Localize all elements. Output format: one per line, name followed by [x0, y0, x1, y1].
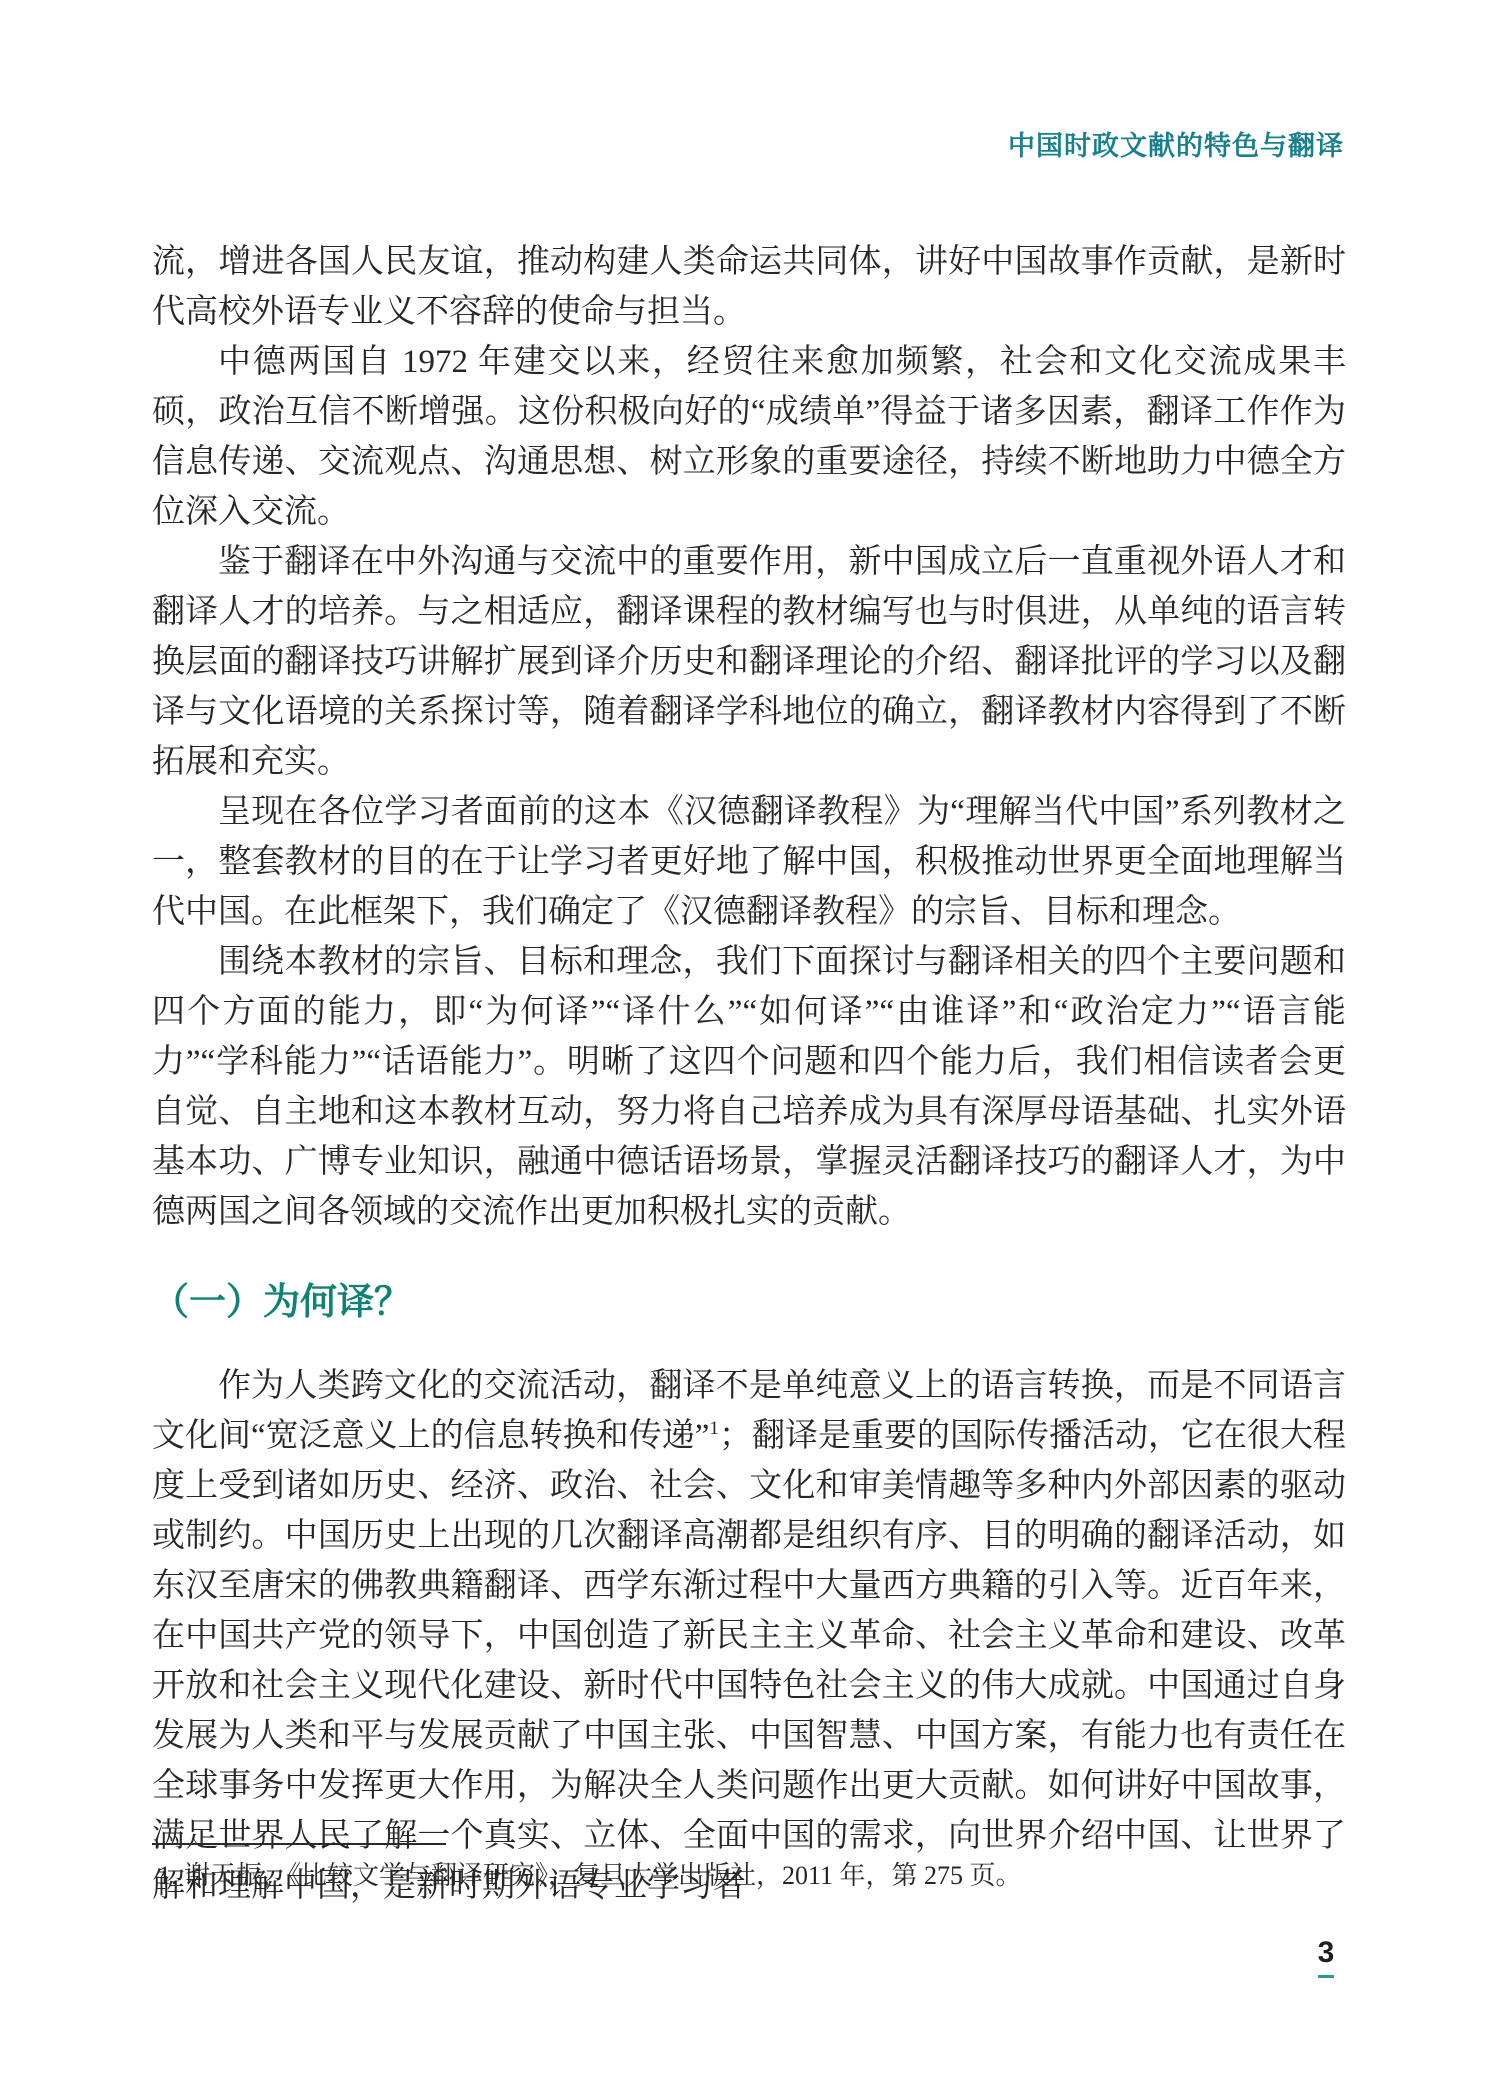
section-heading: （一）为何译？: [152, 1279, 1346, 1325]
body-paragraph: 围绕本教材的宗旨、目标和理念，我们下面探讨与翻译相关的四个主要问题和四个方面的能…: [152, 937, 1346, 1237]
body-paragraph: 作为人类跨文化的交流活动，翻译不是单纯意义上的语言转换，而是不同语言文化间“宽泛…: [152, 1361, 1346, 1911]
body-paragraph: 鉴于翻译在中外沟通与交流中的重要作用，新中国成立后一直重视外语人才和翻译人才的培…: [152, 537, 1346, 787]
paragraph-text: ；翻译是重要的国际传播活动，它在很大程度上受到诸如历史、经济、政治、社会、文化和…: [152, 1418, 1346, 1904]
footnote-ref: 1: [709, 1418, 719, 1439]
footnote-divider: [152, 1843, 446, 1845]
document-page: 中国时政文献的特色与翻译 流，增进各国人民友谊，推动构建人类命运共同体，讲好中国…: [0, 0, 1504, 2094]
page-number-underline: [1318, 1975, 1334, 1978]
body-paragraph: 流，增进各国人民友谊，推动构建人类命运共同体，讲好中国故事作贡献，是新时代高校外…: [152, 237, 1346, 337]
page-body: 流，增进各国人民友谊，推动构建人类命运共同体，讲好中国故事作贡献，是新时代高校外…: [152, 237, 1346, 1911]
body-paragraph: 呈现在各位学习者面前的这本《汉德翻译教程》为“理解当代中国”系列教材之一，整套教…: [152, 787, 1346, 937]
body-paragraph: 中德两国自 1972 年建交以来，经贸往来愈加频繁，社会和文化交流成果丰硕，政治…: [152, 337, 1346, 537]
footnote-text: 1. 谢天振，《比较文学与翻译研究》，复旦大学出版社，2011 年，第 275 …: [152, 1859, 1346, 1893]
page-number: 3: [1316, 1936, 1336, 1978]
running-header: 中国时政文献的特色与翻译: [1008, 124, 1344, 163]
footnote-area: 1. 谢天振，《比较文学与翻译研究》，复旦大学出版社，2011 年，第 275 …: [152, 1843, 1346, 1893]
page-number-value: 3: [1318, 1936, 1335, 1969]
